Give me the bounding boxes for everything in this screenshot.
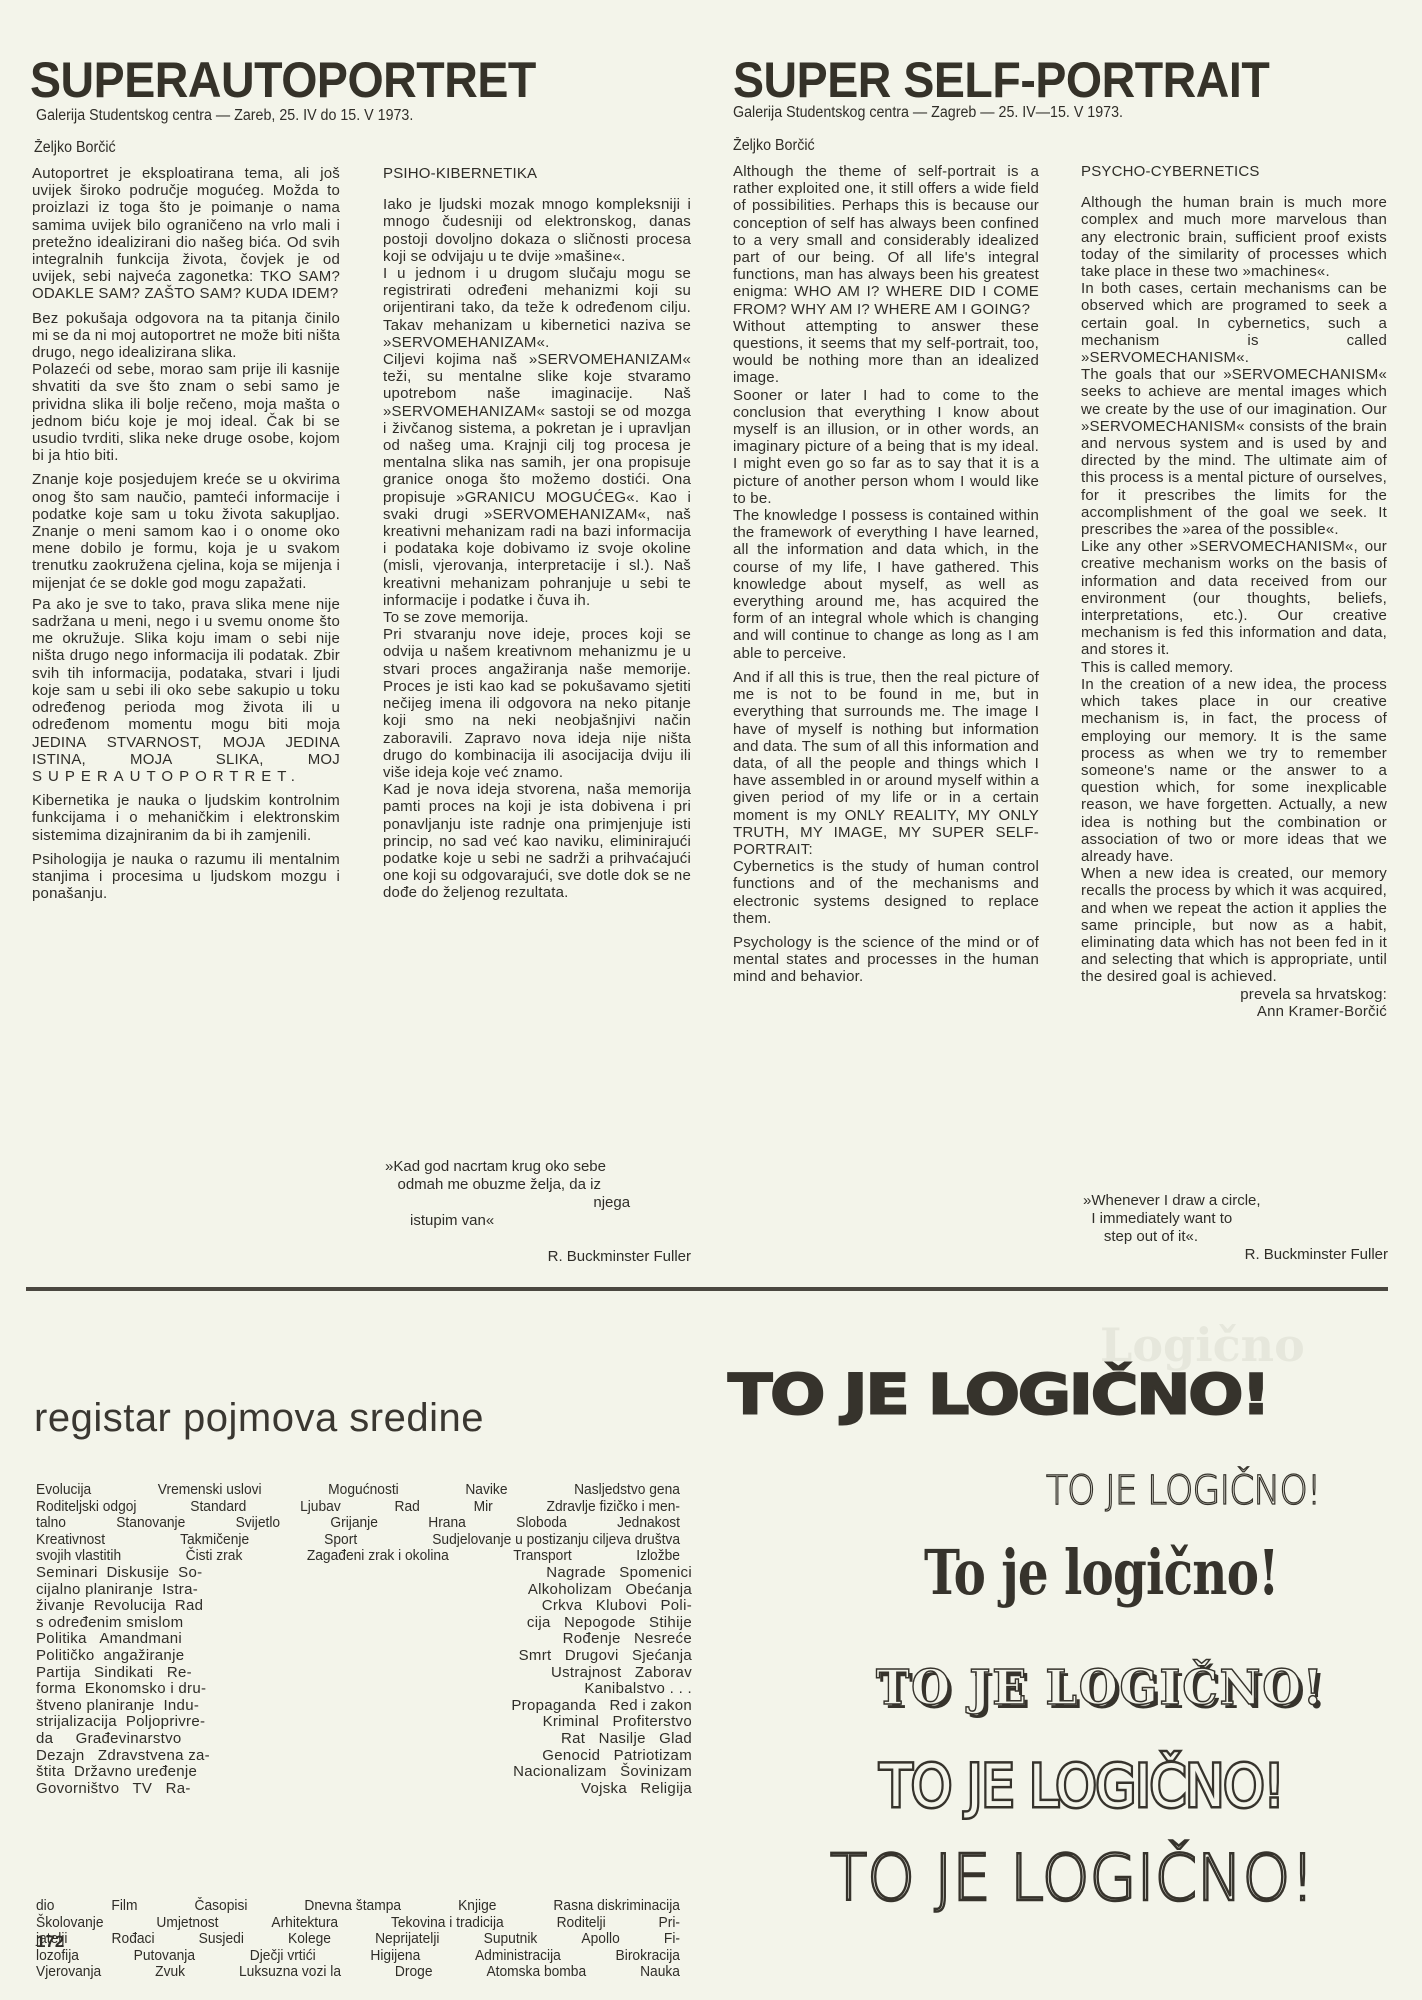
register-row: VjerovanjaZvukLuksuzna vozi laDrogeAtoms… — [36, 1964, 680, 1981]
english-column-1: Although the theme of self-portrait is a… — [733, 163, 1039, 986]
quote-line: I immediately want to — [1083, 1210, 1388, 1228]
term-line: Propaganda Red i zakon — [460, 1698, 692, 1715]
register-left-block: Seminari Diskusije So- cijalno planiranj… — [36, 1565, 266, 1797]
register-row: Roditeljski odgojStandardLjubavRadMirZdr… — [36, 1499, 680, 1516]
term: Sloboda — [516, 1515, 567, 1532]
term: Neprijatelji — [375, 1931, 439, 1948]
term: Putovanja — [134, 1948, 195, 1965]
specimen-thin-stencil: TO JE LOGIČNO! — [1046, 1468, 1320, 1514]
term-line: Rat Nasilje Glad — [460, 1731, 692, 1748]
specimen-blackletter: To je logično! — [924, 1536, 1279, 1609]
quote-line: »Kad god nacrtam krug oko sebe — [385, 1158, 691, 1176]
specimen-inline-outline: TO JE LOGIČNO! — [880, 1752, 1422, 1820]
term-line: Smrt Drugovi Sjećanja — [460, 1648, 692, 1665]
quote-line: njega — [385, 1194, 691, 1212]
register-row: lozofijaPutovanjaDječji vrtićiHigijenaAd… — [36, 1948, 680, 1965]
paragraph: Pri stvaranju nove ideje, proces koji se… — [383, 626, 691, 781]
paragraph: Without attempting to answer these quest… — [733, 318, 1039, 387]
term: Susjedi — [199, 1931, 244, 1948]
paragraph: Psychology is the science of the mind or… — [733, 934, 1039, 986]
term-line: cijalno planiranje Istra- — [36, 1582, 266, 1599]
term: Rad — [395, 1499, 420, 1516]
quote-attribution: R. Buckminster Fuller — [1083, 1246, 1388, 1263]
term: Zagađeni zrak i okolina — [307, 1548, 449, 1565]
register-top-rows: EvolucijaVremenski usloviMogućnostiNavik… — [36, 1482, 680, 1565]
term-line: štveno planiranje Indu- — [36, 1698, 266, 1715]
term: talno — [36, 1515, 66, 1532]
paragraph: Autoportret je eksploatirana tema, ali j… — [32, 165, 340, 303]
paragraph: Although the theme of self-portrait is a… — [733, 163, 1039, 318]
register-row: talnoStanovanjeSvijetloGrijanjeHranaSlob… — [36, 1515, 680, 1532]
paragraph: This is called memory. — [1081, 659, 1387, 676]
term-line: Kriminal Profiterstvo — [460, 1714, 692, 1731]
term-line: Partija Sindikati Re- — [36, 1665, 266, 1682]
translator-name: Ann Kramer-Borčić — [1081, 1003, 1387, 1020]
term-line: Govorništvo TV Ra- — [36, 1781, 266, 1798]
term: Grijanje — [330, 1515, 378, 1532]
term-line: s određenim smislom — [36, 1615, 266, 1632]
paragraph: Polazeći od sebe, morao sam prije ili ka… — [32, 361, 340, 464]
quote-attribution: R. Buckminster Fuller — [385, 1248, 691, 1265]
term: Zvuk — [155, 1964, 185, 1981]
paragraph: Psihologija je nauka o razumu ili mental… — [32, 851, 340, 903]
paragraph: And if all this is true, then the real p… — [733, 669, 1039, 858]
english-subtitle: Galerija Studentskog centra — Zagreb — 2… — [733, 105, 1123, 121]
term: Dnevna štampa — [304, 1898, 401, 1915]
term: Čisti zrak — [186, 1548, 243, 1565]
term: Film — [111, 1898, 137, 1915]
english-quote: »Whenever I draw a circle, I immediately… — [1083, 1192, 1388, 1263]
term-line: Seminari Diskusije So- — [36, 1565, 266, 1582]
term: Transport — [513, 1548, 572, 1565]
croatian-author: Željko Borčić — [34, 140, 116, 156]
term: Pri- — [659, 1915, 680, 1932]
term: svojih vlastitih — [36, 1548, 121, 1565]
term: Luksuzna vozi la — [239, 1964, 341, 1981]
term: Ljubav — [300, 1499, 341, 1516]
paragraph: Sooner or later I had to come to the con… — [733, 387, 1039, 507]
term: Zdravlje fizičko i men- — [547, 1499, 680, 1516]
term: Droge — [395, 1964, 433, 1981]
term-line: Crkva Klubovi Poli- — [460, 1598, 692, 1615]
term: Vremenski uslovi — [158, 1482, 262, 1499]
term: Vjerovanja — [36, 1964, 101, 1981]
english-column-2: PSYCHO-CYBERNETICS Although the human br… — [1081, 163, 1387, 1020]
term: Hrana — [428, 1515, 466, 1532]
term-line: da Građevinarstvo — [36, 1731, 266, 1748]
term-line: Vojska Religija — [460, 1781, 692, 1798]
register-row: EvolucijaVremenski usloviMogućnostiNavik… — [36, 1482, 680, 1499]
quote-line: istupim van« — [385, 1212, 691, 1230]
term: Rasna diskriminacija — [553, 1898, 680, 1915]
register-row: jateljiRođaciSusjediKolegeNeprijateljiSu… — [36, 1931, 680, 1948]
term-line: strijalizacija Poljoprivre- — [36, 1714, 266, 1731]
term-line: živanje Revolucija Rad — [36, 1598, 266, 1615]
term: Tekovina i tradicija — [391, 1915, 504, 1932]
term-line: Političko angažiranje — [36, 1648, 266, 1665]
translator-label: prevela sa hrvatskog: — [1081, 986, 1387, 1003]
term: Izložbe — [636, 1548, 680, 1565]
paragraph: The goals that our »SERVOMECHANISM« seek… — [1081, 366, 1387, 538]
paragraph: When a new idea is created, our memory r… — [1081, 865, 1387, 985]
english-title: SUPER SELF-PORTRAIT — [733, 55, 1269, 105]
term: Administracija — [475, 1948, 561, 1965]
term: Atomska bomba — [486, 1964, 586, 1981]
section-heading: PSYCHO-CYBERNETICS — [1081, 163, 1387, 180]
term: Jednakost — [617, 1515, 680, 1532]
paragraph: Like any other »SERVOMECHANISM«, our cre… — [1081, 538, 1387, 658]
section-heading: PSIHO-KIBERNETIKA — [383, 165, 691, 182]
term: Evolucija — [36, 1482, 91, 1499]
register-row: ŠkolovanjeUmjetnostArhitekturaTekovina i… — [36, 1915, 680, 1932]
emphasis-superautoportret: SUPERAUTOPORTRET. — [32, 768, 301, 785]
term-line: cija Nepogode Stihije — [460, 1615, 692, 1632]
quote-line: »Whenever I draw a circle, — [1083, 1192, 1388, 1210]
paragraph: Pa ako je sve to tako, prava slika mene … — [32, 596, 340, 768]
term-line: Nacionalizam Šovinizam — [460, 1764, 692, 1781]
register-row: svojih vlastitihČisti zrakZagađeni zrak … — [36, 1548, 680, 1565]
specimen-dotted: TO JE LOGIČNO! — [830, 1842, 1315, 1916]
term: Umjetnost — [156, 1915, 218, 1932]
term-line: Dezajn Zdravstvena za- — [36, 1748, 266, 1765]
register-right-block: Nagrade Spomenici Alkoholizam Obećanja C… — [460, 1565, 692, 1797]
paragraph: Although the human brain is much more co… — [1081, 194, 1387, 280]
paragraph: Cybernetics is the study of human contro… — [733, 858, 1039, 927]
paragraph: The knowledge I possess is contained wit… — [733, 507, 1039, 662]
term: Mogućnosti — [328, 1482, 399, 1499]
croatian-column-2: PSIHO-KIBERNETIKA Iako je ljudski mozak … — [383, 165, 691, 902]
croatian-quote: »Kad god nacrtam krug oko sebe odmah me … — [385, 1158, 691, 1265]
term: Roditeljski odgoj — [36, 1499, 136, 1516]
paragraph: Iako je ljudski mozak mnogo kompleksniji… — [383, 196, 691, 265]
term: Fi- — [664, 1931, 680, 1948]
term-line: Rođenje Nesreće — [460, 1631, 692, 1648]
term: Birokracija — [616, 1948, 680, 1965]
term-line: Ustrajnost Zaborav — [460, 1665, 692, 1682]
paragraph: Kibernetika je nauka o ljudskim kontroln… — [32, 792, 340, 844]
paragraph: To se zove memorija. — [383, 609, 691, 626]
term: Suputnik — [484, 1931, 538, 1948]
term: Stanovanje — [116, 1515, 185, 1532]
term: Časopisi — [194, 1898, 247, 1915]
term: Sudjelovanje u postizanju ciljeva društv… — [432, 1532, 680, 1549]
page-number: 172 — [36, 1932, 64, 1952]
croatian-column-1: Autoportret je eksploatirana tema, ali j… — [32, 165, 340, 902]
term-line: forma Ekonomsko i dru- — [36, 1681, 266, 1698]
term-line: Genocid Patriotizam — [460, 1748, 692, 1765]
term: Knjige — [458, 1898, 496, 1915]
register-row: dioFilmČasopisiDnevna štampaKnjigeRasna … — [36, 1898, 680, 1915]
register-title: registar pojmova sredine — [34, 1398, 484, 1438]
term: Kolege — [288, 1931, 331, 1948]
term: Arhitektura — [271, 1915, 338, 1932]
term: dio — [36, 1898, 54, 1915]
term: Apollo — [581, 1931, 619, 1948]
term-line: Alkoholizam Obećanja — [460, 1582, 692, 1599]
paragraph: Znanje koje posjedujem kreće se u okviri… — [32, 471, 340, 591]
term: Mir — [474, 1499, 493, 1516]
term: Nauka — [640, 1964, 680, 1981]
paragraph: In the creation of a new idea, the proce… — [1081, 676, 1387, 865]
paragraph: Kad je nova ideja stvorena, naša memorij… — [383, 781, 691, 901]
section-divider — [26, 1287, 1388, 1291]
term-line: Kanibalstvo . . . — [460, 1681, 692, 1698]
paragraph: I u jednom i u drugom slučaju mogu se re… — [383, 265, 691, 351]
english-author: Željko Borčić — [733, 138, 815, 154]
term: Navike — [465, 1482, 507, 1499]
term: Nasljedstvo gena — [574, 1482, 680, 1499]
term: Takmičenje — [180, 1532, 249, 1549]
specimen-shadowed-outline: TO JE LOGIČNO! — [876, 1660, 1324, 1716]
term: Svijetlo — [236, 1515, 280, 1532]
term: Higijena — [370, 1948, 420, 1965]
croatian-title: SUPERAUTOPORTRET — [30, 55, 536, 105]
term: Sport — [324, 1532, 357, 1549]
term: Rođaci — [112, 1931, 155, 1948]
paragraph: Bez pokušaja odgovora na ta pitanja čini… — [32, 310, 340, 362]
quote-line: step out of it«. — [1083, 1228, 1388, 1246]
term-line: Politika Amandmani — [36, 1631, 266, 1648]
paragraph: Ciljevi kojima naš »SERVOMEHANIZAM« teži… — [383, 351, 691, 609]
term: Standard — [190, 1499, 246, 1516]
paragraph: In both cases, certain mechanisms can be… — [1081, 280, 1387, 366]
term-line: štita Državno uređenje — [36, 1764, 266, 1781]
term-line: Nagrade Spomenici — [460, 1565, 692, 1582]
term: Roditelji — [557, 1915, 606, 1932]
term: Školovanje — [36, 1915, 104, 1932]
croatian-subtitle: Galerija Studentskog centra — Zareb, 25.… — [36, 108, 413, 124]
quote-line: odmah me obuzme želja, da iz — [385, 1176, 691, 1194]
specimen-heavy-display: TO JE LOGIČNO! — [728, 1362, 1269, 1427]
register-bottom-rows: dioFilmČasopisiDnevna štampaKnjigeRasna … — [36, 1898, 680, 1981]
term: Dječji vrtići — [250, 1948, 316, 1965]
register-row: KreativnostTakmičenjeSportSudjelovanje u… — [36, 1532, 680, 1549]
term: Kreativnost — [36, 1532, 105, 1549]
